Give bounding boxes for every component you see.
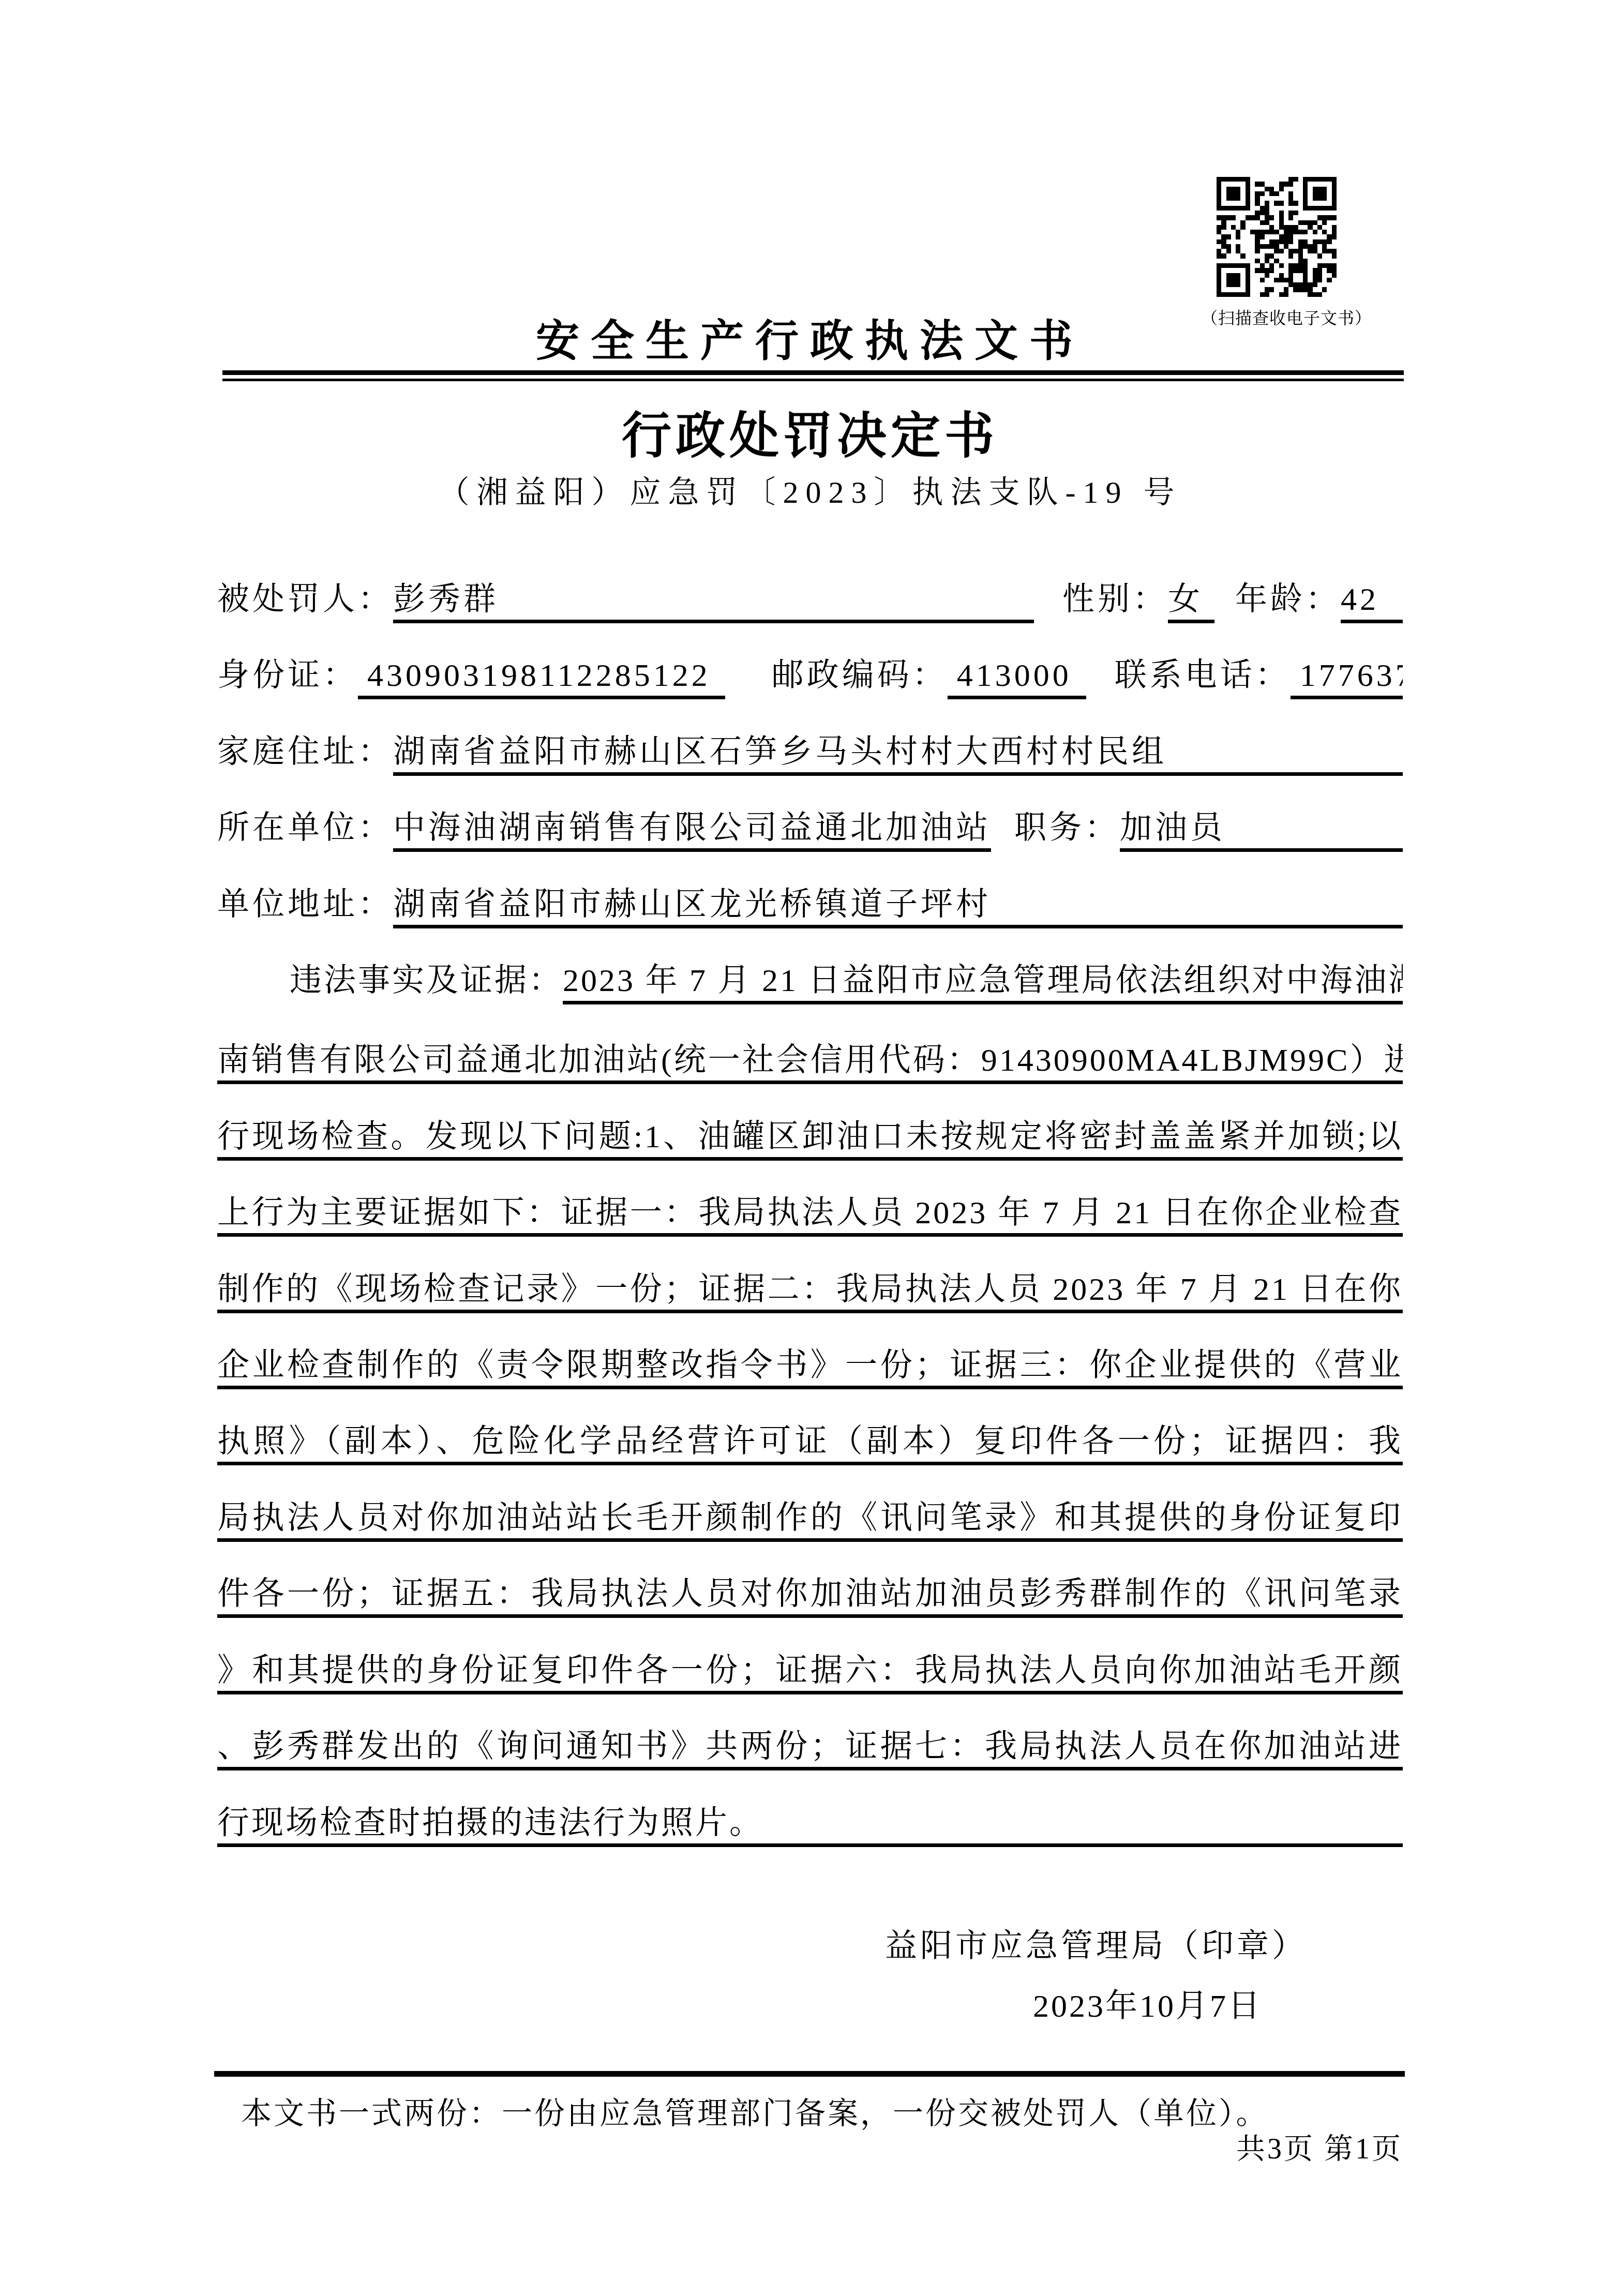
page-indicator: 共3页 第1页 <box>217 2126 1403 2167</box>
body-line-text: 制作的《现场检查记录》一份；证据二：我局执法人员 2023 年 7 月 21 日… <box>217 1273 1403 1310</box>
body-line: 执照》（副本）、危险化学品经营许可证（副本）复印件各一份；证据四：我 <box>217 1393 1403 1465</box>
penalty-decision-document: （扫描查收电子文书） 安全生产行政执法文书 行政处罚决定书 （湘益阳）应急罚〔2… <box>0 0 1620 2296</box>
body-line-text: 件各一份；证据五：我局执法人员对你加油站加油员彭秀群制作的《讯问笔录 <box>217 1578 1403 1614</box>
body-line: 行现场检查时拍摄的违法行为照片。 <box>217 1775 1403 1847</box>
signature-date: 2023年10月7日 <box>217 1980 1403 2026</box>
employer-label: 所在单位： <box>217 812 393 852</box>
employer-address-label: 单位地址： <box>217 889 393 928</box>
signature-authority: 益阳市应急管理局（印章） <box>217 1920 1403 1966</box>
phone-value: 17763736085 <box>1291 659 1403 699</box>
punished-person-value: 彭秀群 <box>393 583 1034 623</box>
body-line-text: 行现场检查时拍摄的违法行为照片。 <box>217 1807 1403 1843</box>
punished-person-label: 被处罚人： <box>217 583 393 623</box>
body-line-text: 局执法人员对你加油站站长毛开颜制作的《讯问笔录》和其提供的身份证复印 <box>217 1502 1403 1538</box>
body-line: 件各一份；证据五：我局执法人员对你加油站加油员彭秀群制作的《讯问笔录 <box>217 1546 1403 1618</box>
row-punished-person: 被处罚人： 彭秀群 性别： 女 年龄： 42 <box>217 555 1403 623</box>
body-line: 南销售有限公司益通北加油站(统一社会信用代码：91430900MA4LBJM99… <box>217 1012 1403 1084</box>
id-card-label: 身份证： <box>217 659 358 699</box>
job-value: 加油员 <box>1120 812 1403 852</box>
body-line: 行现场检查。发现以下问题:1、油罐区卸油口未按规定将密封盖盖紧并加锁;以 <box>217 1089 1403 1161</box>
row-home-address: 家庭住址： 湖南省益阳市赫山区石笋乡马头村村大西村村民组 <box>217 708 1403 776</box>
body-line: 制作的《现场检查记录》一份；证据二：我局执法人员 2023 年 7 月 21 日… <box>217 1241 1403 1313</box>
gender-label: 性别： <box>1062 583 1168 623</box>
qr-code-icon <box>1215 177 1338 297</box>
body-line-text: 行现场检查。发现以下问题:1、油罐区卸油口未按规定将密封盖盖紧并加锁;以 <box>217 1121 1403 1157</box>
row-employer-address: 单位地址： 湖南省益阳市赫山区龙光桥镇道子坪村 <box>217 860 1403 928</box>
postal-code-value: 413000 <box>948 659 1086 699</box>
age-value: 42 <box>1341 583 1403 623</box>
row-id-postal-phone: 身份证： 430903198112285122 邮政编码： 413000 联系电… <box>217 631 1403 699</box>
document-number: （湘益阳）应急罚〔2023〕执法支队-19 号 <box>0 468 1620 512</box>
body-line: 、彭秀群发出的《询问通知书》共两份；证据七：我局执法人员在你加油站进 <box>217 1699 1403 1770</box>
body-line-text: 企业检查制作的《责令限期整改指令书》一份；证据三：你企业提供的《营业 <box>217 1349 1403 1386</box>
body-line-text: 》和其提供的身份证复印件各一份；证据六：我局执法人员向你加油站毛开颜 <box>217 1655 1403 1691</box>
body-line: 》和其提供的身份证复印件各一份；证据六：我局执法人员向你加油站毛开颜 <box>217 1623 1403 1694</box>
age-label: 年龄： <box>1235 583 1341 623</box>
row-employer: 所在单位： 中海油湖南销售有限公司益通北加油站 职务： 加油员 <box>217 784 1403 852</box>
body-line-text: 2023 年 7 月 21 日益阳市应急管理局依法组织对中海油湖 <box>563 965 1403 1004</box>
body-line-text: 上行为主要证据如下：证据一：我局执法人员 2023 年 7 月 21 日在你企业… <box>217 1197 1403 1233</box>
body-line-text: 、彭秀群发出的《询问通知书》共两份；证据七：我局执法人员在你加油站进 <box>217 1731 1403 1767</box>
body-line: 局执法人员对你加油站站长毛开颜制作的《讯问笔录》和其提供的身份证复印 <box>217 1470 1403 1542</box>
gender-value: 女 <box>1168 583 1214 623</box>
body-line: 企业检查制作的《责令限期整改指令书》一份；证据三：你企业提供的《营业 <box>217 1317 1403 1389</box>
id-card-value: 430903198112285122 <box>358 659 725 699</box>
employer-address-value: 湖南省益阳市赫山区龙光桥镇道子坪村 <box>393 889 1403 928</box>
home-address-label: 家庭住址： <box>217 736 393 776</box>
body-line-text: 南销售有限公司益通北加油站(统一社会信用代码：91430900MA4LBJM99… <box>217 1044 1403 1081</box>
phone-label: 联系电话： <box>1115 659 1291 699</box>
document-title: 行政处罚决定书 <box>0 396 1620 467</box>
body-label: 违法事实及证据： <box>290 965 563 1004</box>
body-line-text: 执照》（副本）、危险化学品经营许可证（副本）复印件各一份；证据四：我 <box>217 1425 1403 1462</box>
document-set-title: 安全生产行政执法文书 <box>0 306 1620 369</box>
footer-divider <box>214 2071 1405 2077</box>
body-line: 上行为主要证据如下：证据一：我局执法人员 2023 年 7 月 21 日在你企业… <box>217 1165 1403 1237</box>
postal-code-label: 邮政编码： <box>772 659 948 699</box>
employer-value: 中海油湖南销售有限公司益通北加油站 <box>393 812 991 852</box>
job-label: 职务： <box>1014 812 1120 852</box>
body-line: 违法事实及证据： 2023 年 7 月 21 日益阳市应急管理局依法组织对中海油… <box>217 936 1403 1004</box>
header-double-rule <box>222 370 1404 381</box>
home-address-value: 湖南省益阳市赫山区石笋乡马头村村大西村村民组 <box>393 736 1403 776</box>
